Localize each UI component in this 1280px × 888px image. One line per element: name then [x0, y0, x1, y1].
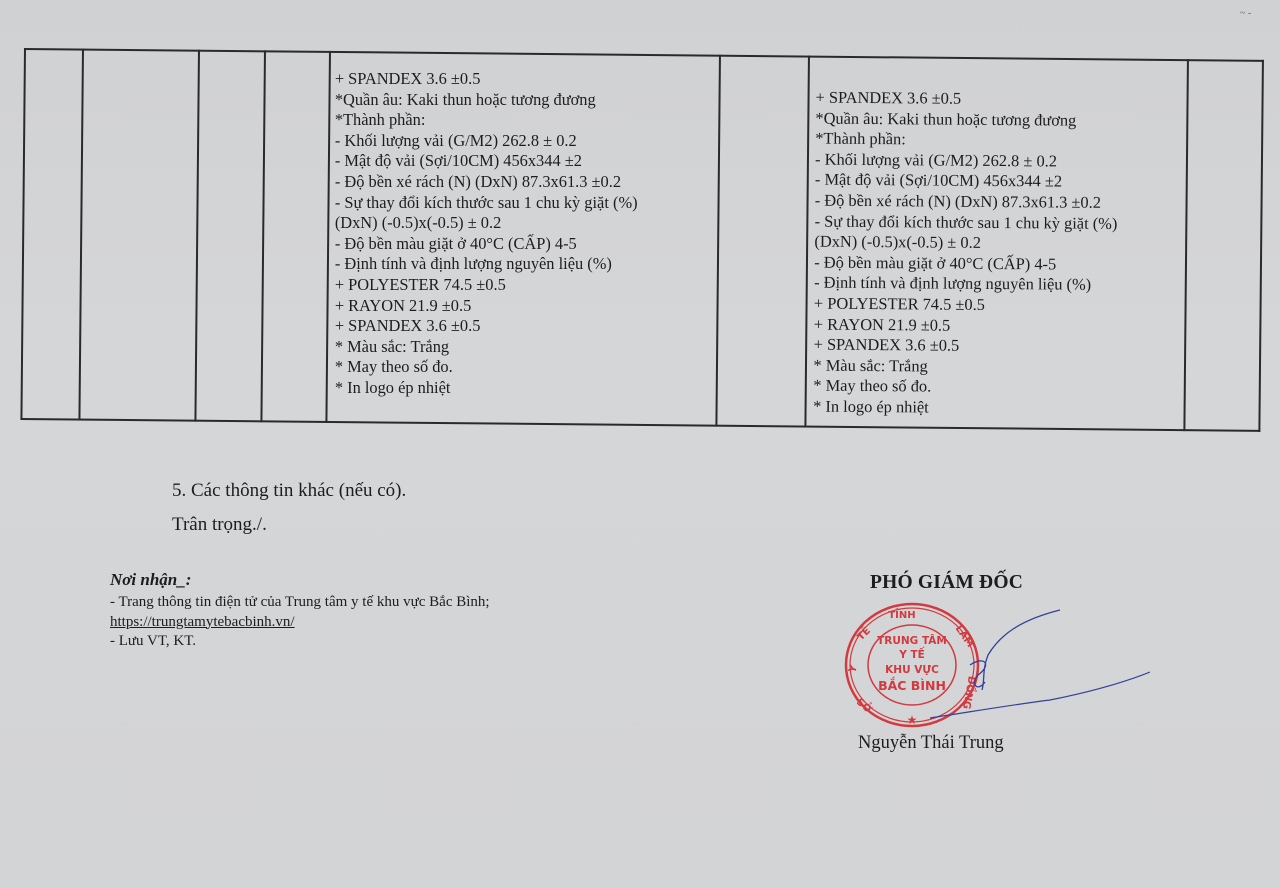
table-col-border [1183, 59, 1188, 431]
spec-line: + POLYESTER 74.5 ±0.5 [814, 294, 1117, 317]
spec-line: *Thành phần: [335, 110, 638, 131]
spec-line: - Mật độ vải (Sợi/10CM) 456x344 ±2 [815, 170, 1118, 193]
closing-regards: Trân trọng./. [172, 514, 267, 536]
spec-line: + SPANDEX 3.6 ±0.5 [335, 69, 638, 90]
spec-line: - Sự thay đổi kích thước sau 1 chu kỳ gi… [815, 211, 1118, 234]
spec-line: *Quần âu: Kaki thun hoặc tương đương [335, 90, 638, 111]
spec-line: + SPANDEX 3.6 ±0.5 [814, 335, 1117, 358]
spec-line: * Màu sắc: Trắng [813, 355, 1116, 378]
handwritten-signature-icon [930, 600, 1150, 720]
svg-text:Y TẾ: Y TẾ [898, 646, 925, 661]
table-col-border [260, 50, 265, 422]
scan-mark: ~ - [1240, 8, 1251, 19]
spec-line: * May theo số đo. [335, 357, 638, 378]
spec-line: + RAYON 21.9 ±0.5 [814, 314, 1117, 337]
table-col-border [194, 50, 199, 422]
spec-line: - Độ bền xé rách (N) (DxN) 87.3x61.3 ±0.… [815, 191, 1118, 214]
spec-line: - Định tính và định lượng nguyên liệu (%… [335, 254, 638, 275]
spec-line: + POLYESTER 74.5 ±0.5 [335, 275, 638, 296]
signer-title: PHÓ GIÁM ĐỐC [870, 572, 1023, 594]
recipient-website-link[interactable]: https://trungtamytebacbinh.vn/ [110, 613, 490, 633]
spec-line: (DxN) (-0.5)x(-0.5) ± 0.2 [814, 232, 1117, 255]
svg-text:TỈNH: TỈNH [888, 607, 915, 621]
table-col-border [804, 56, 809, 428]
spec-line: - Độ bền màu giặt ở 40°C (CẤP) 4-5 [814, 252, 1117, 275]
spec-line: (DxN) (-0.5)x(-0.5) ± 0.2 [335, 213, 638, 234]
spec-line: *Quần âu: Kaki thun hoặc tương đương [815, 108, 1118, 131]
recipient-item: - Trang thông tin điện tử của Trung tâm … [110, 593, 490, 613]
right-spec-cell: + SPANDEX 3.6 ±0.5*Quần âu: Kaki thun ho… [813, 88, 1118, 420]
document-page: ~ - + SPANDEX 3.6 ±0.5*Quần âu: Kaki thu… [0, 0, 1280, 888]
spec-line: - Khối lượng vải (G/M2) 262.8 ± 0.2 [335, 131, 638, 152]
spec-line: - Khối lượng vải (G/M2) 262.8 ± 0.2 [815, 149, 1118, 172]
spec-line: * Màu sắc: Trắng [335, 337, 638, 358]
other-info-heading: 5. Các thông tin khác (nếu có). [172, 480, 406, 502]
spec-line: - Định tính và định lượng nguyên liệu (%… [814, 273, 1117, 296]
svg-text:★: ★ [907, 713, 918, 727]
spec-line: * In logo ép nhiệt [813, 396, 1116, 419]
spec-line: + SPANDEX 3.6 ±0.5 [815, 88, 1118, 111]
spec-line: *Thành phần: [815, 129, 1118, 152]
spec-line: * May theo số đo. [813, 376, 1116, 399]
table-top-border [24, 48, 1264, 61]
spec-line: * In logo ép nhiệt [335, 378, 638, 399]
spec-line: + SPANDEX 3.6 ±0.5 [335, 316, 638, 337]
recipient-item: - Lưu VT, KT. [110, 632, 490, 652]
signer-name: Nguyễn Thái Trung [858, 733, 1004, 754]
spec-line: - Mật độ vải (Sợi/10CM) 456x344 ±2 [335, 151, 638, 172]
table-col-border [20, 48, 25, 420]
spec-line: - Độ bền màu giặt ở 40°C (CẤP) 4-5 [335, 234, 638, 255]
table-col-border [325, 51, 330, 423]
spec-line: - Sự thay đổi kích thước sau 1 chu kỳ gi… [335, 193, 638, 214]
left-spec-cell: + SPANDEX 3.6 ±0.5*Quần âu: Kaki thun ho… [335, 69, 638, 399]
table-bottom-border [20, 418, 1260, 431]
spec-line: - Độ bền xé rách (N) (DxN) 87.3x61.3 ±0.… [335, 172, 638, 193]
table-col-border [1258, 60, 1263, 432]
spec-line: + RAYON 21.9 ±0.5 [335, 296, 638, 317]
table-col-border [715, 55, 720, 427]
recipients-title: Nơi nhận_: [110, 570, 191, 590]
svg-text:Y: Y [847, 663, 860, 675]
spec-table: + SPANDEX 3.6 ±0.5*Quần âu: Kaki thun ho… [20, 48, 1264, 432]
table-col-border [78, 49, 83, 421]
recipients-list: - Trang thông tin điện tử của Trung tâm … [110, 593, 490, 652]
